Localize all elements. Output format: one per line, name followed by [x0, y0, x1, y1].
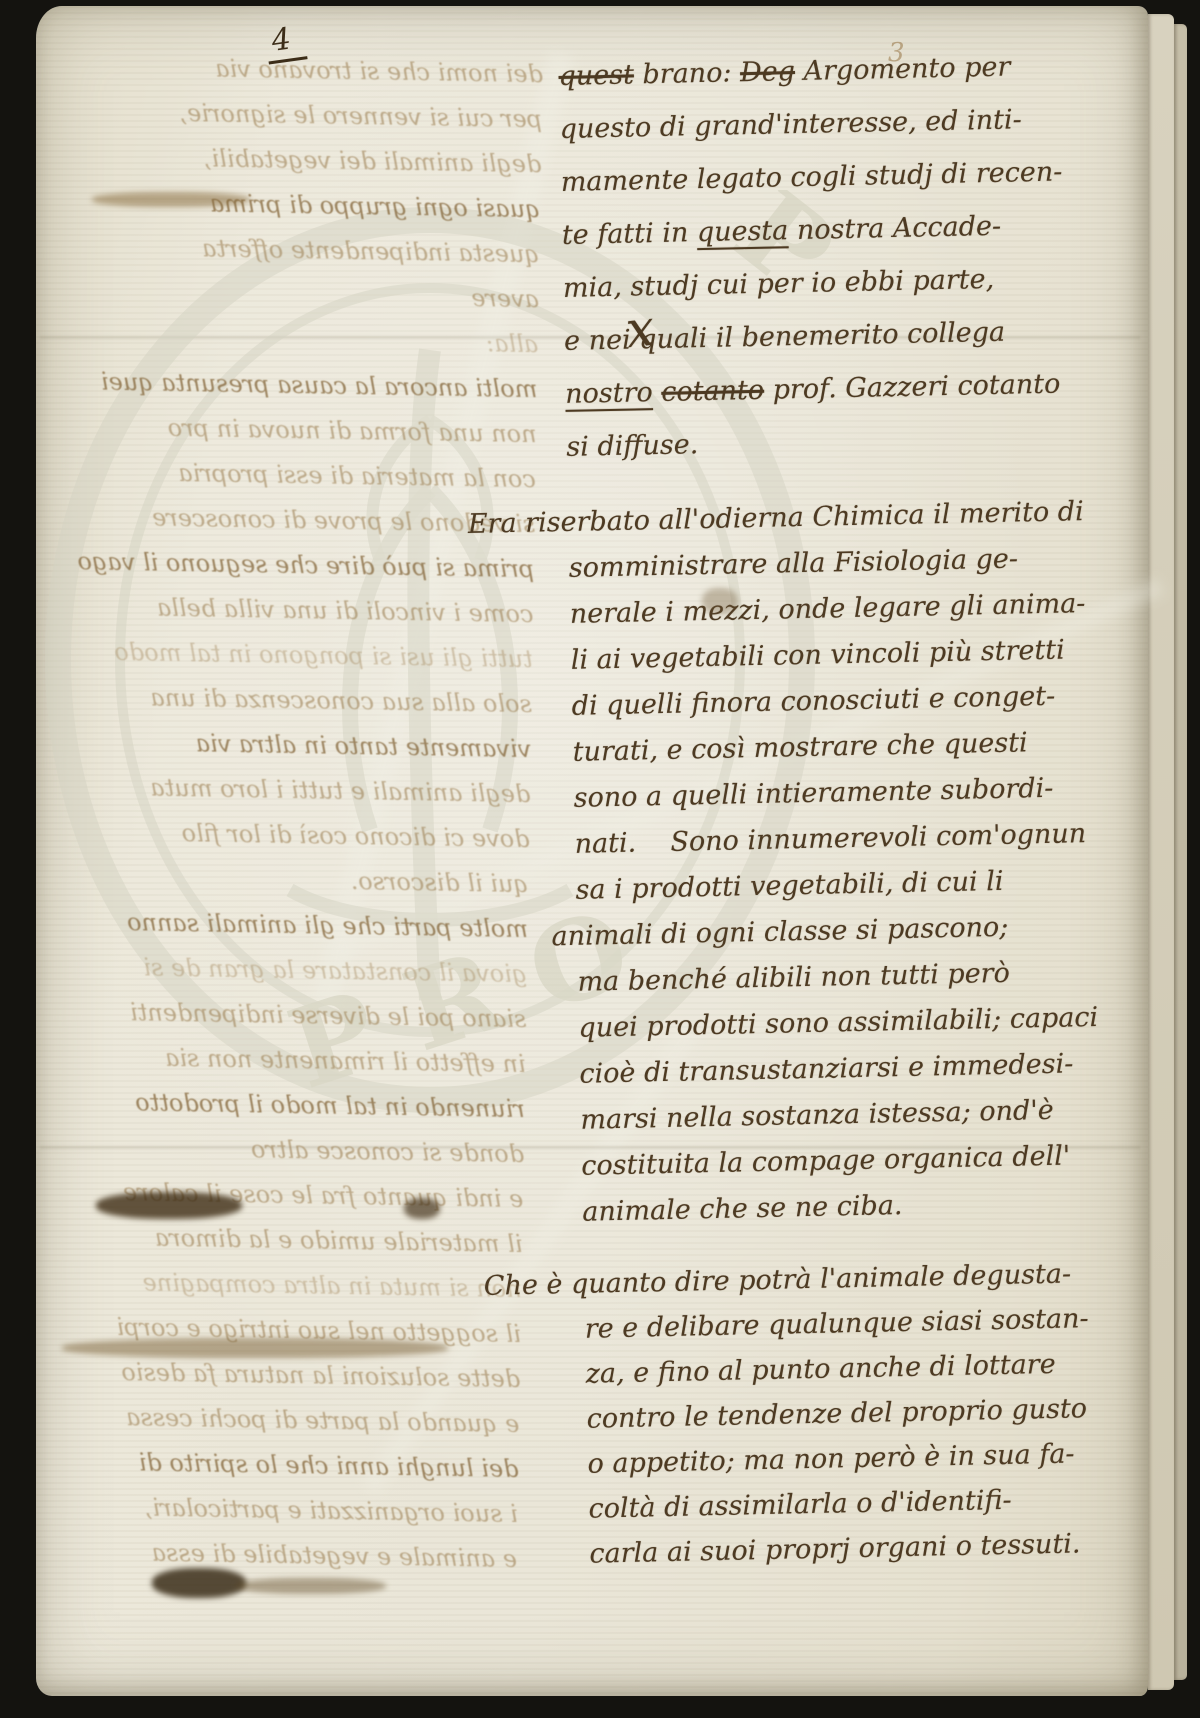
- bleedthrough-line: qui il discorso.: [74, 854, 529, 907]
- manuscript-word: animali di ogni classe si pascono;: [551, 912, 1008, 953]
- bleedthrough-line: vivamente tanto in altra via: [97, 720, 532, 773]
- bleedthrough-line: con la materia di essi propria: [142, 450, 537, 502]
- manuscript-word: sono a quelli intieramente subordi-: [573, 773, 1053, 814]
- bleedthrough-line: dei lunghi anni che lo spirito di: [64, 1439, 519, 1492]
- bleedthrough-line: quasi ogni gruppo di prima: [186, 181, 541, 232]
- manuscript-word: carla ai suoi proprj organi o tessuti.: [589, 1528, 1081, 1569]
- manuscript-word: quei prodotti sono assimilabili; capaci: [578, 1002, 1098, 1044]
- manuscript-word: contro le tendenze del proprio gusto: [586, 1393, 1087, 1434]
- ink-smudge: [96, 1192, 242, 1219]
- manuscript-word: re e delibare qualunque siasi sostan-: [584, 1303, 1088, 1345]
- bleedthrough-line: non si muta in altra compagine: [107, 1260, 522, 1312]
- bleedthrough-line: e quando la parte di pochi cessa: [135, 1395, 520, 1447]
- manuscript-word: cioè di transustanziarsi e immedesi-: [579, 1048, 1073, 1089]
- bleedthrough-line: avere: [65, 269, 540, 322]
- bleedthrough-line: prima si può dire che seguono il vago: [80, 539, 535, 592]
- manuscript-line: si diffuse.: [566, 409, 1123, 474]
- folio-mark: 3: [888, 38, 905, 68]
- manuscript-word: sa i prodotti vegetabili, di cui li: [575, 866, 1004, 906]
- manuscript-paragraph: Che è quanto dire potrà l'animale degust…: [583, 1250, 1145, 1577]
- manuscript-word: mia, studj cui per io ebbi parte,: [563, 264, 995, 304]
- manuscript-word: nerale i mezzi, onde legare gli anima-: [569, 588, 1085, 630]
- manuscript-word: costituita la compage organica dell': [581, 1141, 1071, 1182]
- ink-smudge: [702, 588, 738, 614]
- bleedthrough-line: dove ci dicono così di lor filo: [145, 810, 530, 862]
- manuscript-word: somministrare alla Fisiologia ge-: [569, 543, 1019, 583]
- manuscript-word: nati. Sono innumerevoli com'ognun: [574, 818, 1086, 860]
- page-edge-under-2: [1174, 24, 1187, 1680]
- manuscript-word: Che è quanto dire potrà l'animale degust…: [484, 1259, 1072, 1302]
- struck-word: quest: [558, 59, 634, 92]
- page-edge-under-1: [1148, 14, 1174, 1690]
- manuscript-word: di quelli finora conosciuti e conget-: [571, 681, 1055, 722]
- bleedthrough-line: molte parti che gli animali sanno: [124, 900, 529, 952]
- bleedthrough-line: in effetto il rimanente non sia: [101, 1035, 526, 1087]
- manuscript-word: prof. Gazzeri cotanto: [764, 369, 1061, 406]
- ink-smudge: [404, 1198, 440, 1219]
- bleedthrough-line: riunendo in tal modo il prodotto: [191, 1081, 526, 1132]
- bleedthrough-line: questa indipendente offerta: [125, 225, 540, 277]
- bleedthrough-line: siano poi le diverse indipendenti: [62, 989, 527, 1042]
- ink-smudge: [92, 192, 250, 207]
- manuscript-paragraph: Era riserbato all'odierna Chimica il mer…: [567, 488, 1138, 1235]
- manuscript-word: coltà di assimilarla o d'identifi-: [588, 1485, 1012, 1525]
- underlined-word: questa: [697, 215, 789, 248]
- manuscript-word: Era riserbato all'odierna Chimica il mer…: [468, 496, 1084, 540]
- manuscript-photo: P V B L I P R O dei nomi che si trovano …: [0, 0, 1200, 1718]
- manuscript-word: animale che se ne ciba.: [582, 1190, 903, 1228]
- ink-smudge: [236, 1578, 386, 1594]
- manuscript-word: za, e fino al punto anche di lottare: [585, 1349, 1056, 1390]
- struck-word: cotanto: [661, 375, 764, 408]
- bleedthrough-line: non una forma di nuova in pro: [92, 404, 537, 457]
- manuscript-word: li ai vegetabili con vincoli più stretti: [570, 635, 1065, 676]
- bleedthrough-line: degli animali dei vegetabili,: [157, 136, 542, 188]
- manuscript-word: brano:: [634, 57, 741, 90]
- bleedthrough-line: per cui si vennero le signorie,: [108, 90, 543, 143]
- bleedthrough-line: come i vincoli di una villa bella: [159, 586, 534, 638]
- manuscript-word: questo di grand'interesse, ed inti-: [559, 104, 1022, 145]
- insertion-mark: x: [623, 299, 657, 360]
- bleedthrough-line: donde si conosce altro: [130, 1125, 525, 1177]
- manuscript-word: te fatti in: [562, 217, 698, 251]
- bleedthrough-line: alla:: [274, 318, 539, 368]
- bleedthrough-line: degli animali e tutti i loro muta: [216, 767, 531, 817]
- bleedthrough-line: molti ancora la causa presunta quei: [83, 359, 538, 412]
- ink-smudge: [152, 1568, 246, 1598]
- main-text: quest brano: Deg Argomento perquesto di …: [558, 38, 1146, 1602]
- bleedthrough-line: i suoi organizzati e particolari,: [113, 1485, 518, 1537]
- bleedthrough-line: giova il constatare la gran de si: [163, 946, 528, 997]
- struck-word: Deg: [740, 56, 796, 88]
- bleedthrough-line: tutti gli usi si pongono in tal modo: [118, 630, 533, 682]
- underlined-word: nostro: [565, 377, 653, 410]
- manuscript-word: marsi nella sostanza istessa; ond'è: [580, 1095, 1054, 1136]
- manuscript-paragraph: quest brano: Deg Argomento perquesto di …: [558, 38, 1123, 474]
- manuscript-word: turati, e così mostrare che questi: [572, 727, 1028, 768]
- ink-smudge: [62, 1338, 448, 1358]
- manuscript-word: nostra Accade-: [788, 211, 1001, 246]
- manuscript-word: mamente legato cogli studj di recen-: [560, 156, 1062, 197]
- manuscript-word: o appetito; ma non però è in sua fa-: [587, 1438, 1075, 1479]
- manuscript-word: ma benché alibili non tutti però: [577, 958, 1010, 998]
- manuscript-word: si diffuse.: [566, 429, 699, 463]
- page-number: 4: [263, 19, 307, 64]
